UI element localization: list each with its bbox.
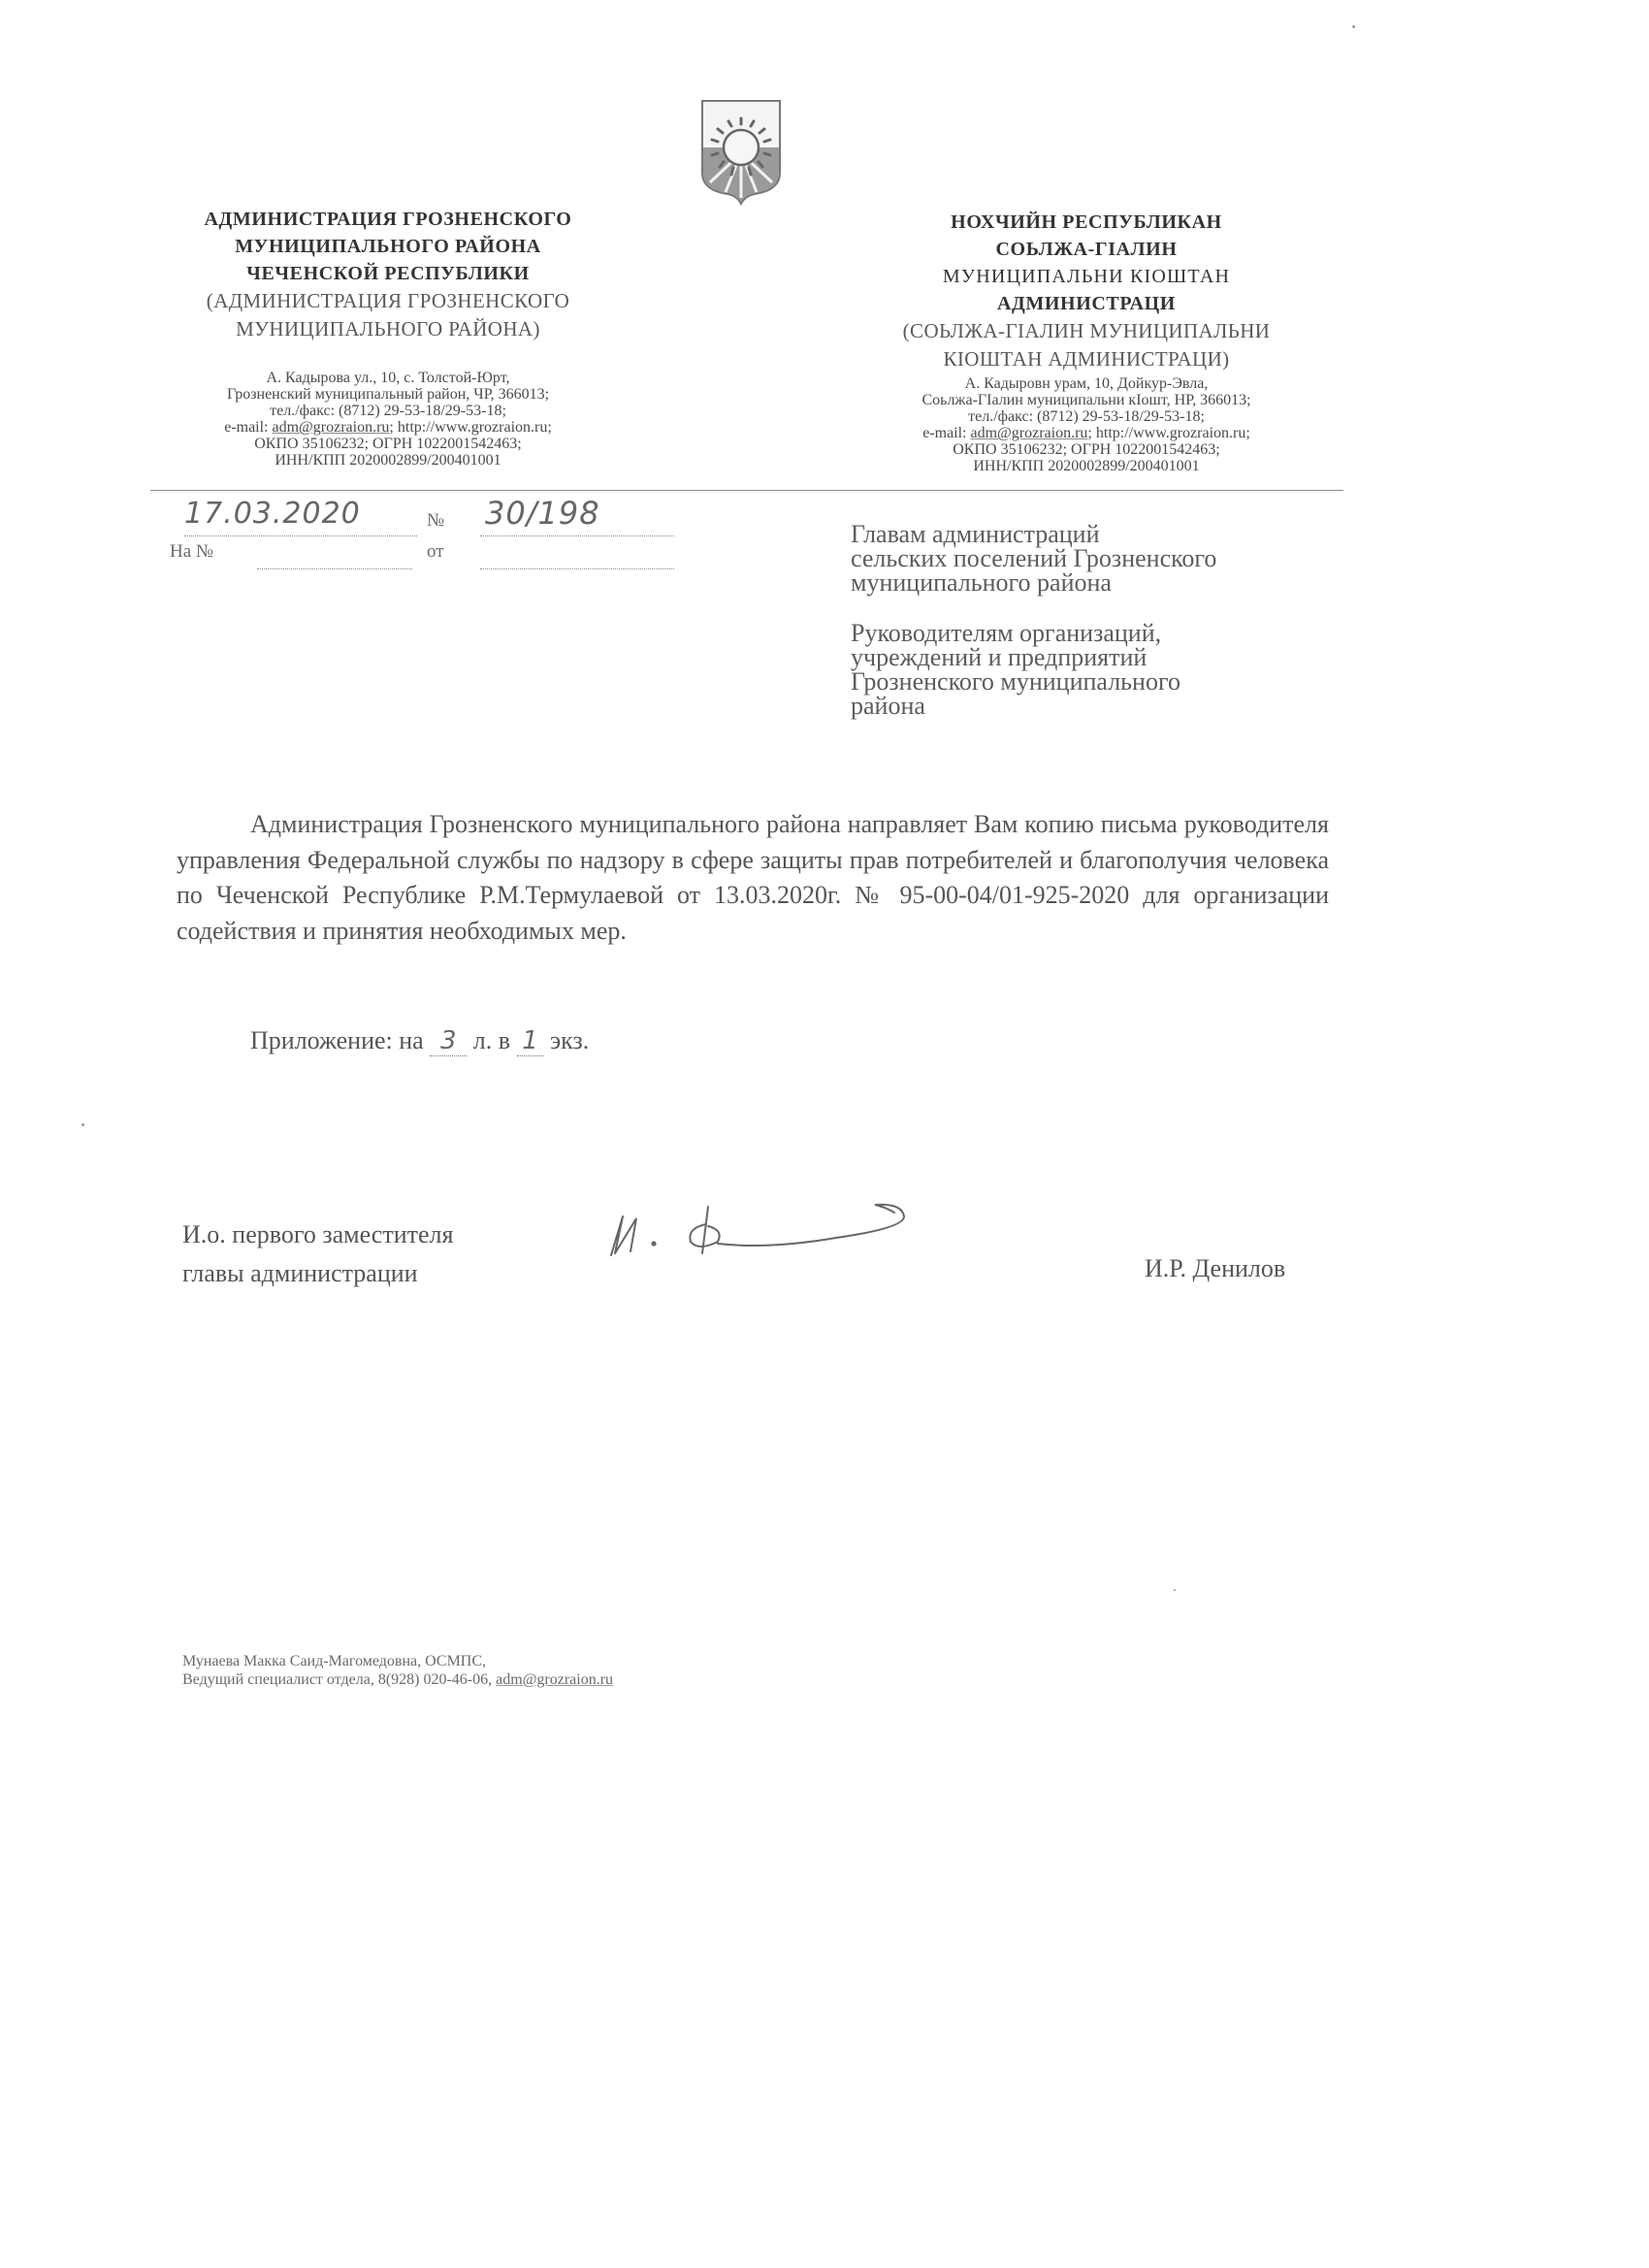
addressee-block: Главам администраций сельских поселений …	[851, 522, 1355, 718]
address-line: А. Кадырова ул., 10, с. Толстой-Юрт,	[145, 370, 630, 386]
addressee-line: Грозненского муниципального	[851, 669, 1355, 694]
org-short-name-line: КIОШТАН АДМИНИСТРАЦИ)	[844, 345, 1329, 373]
codes-line: ОКПО 35106232; ОГРН 1022001542463;	[844, 441, 1329, 458]
email-link[interactable]: adm@grozraion.ru	[971, 425, 1088, 441]
outgoing-number: 30/198	[485, 495, 600, 532]
position-line: И.о. первого заместителя	[182, 1215, 453, 1254]
address-line: тел./факс: (8712) 29-53-18/29-53-18;	[145, 403, 630, 419]
addressee-line: учреждений и предприятий	[851, 645, 1355, 669]
executor-phone: Ведущий специалист отдела, 8(928) 020-46…	[182, 1671, 496, 1688]
org-title-line: СОЬЛЖА-ГIАЛИН	[844, 236, 1329, 263]
addressee-heads-of-settlements: Главам администраций сельских поселений …	[851, 522, 1355, 595]
org-contact-block: А. Кадырова ул., 10, с. Толстой-Юрт, Гро…	[145, 370, 630, 469]
attachment-copies: 1	[517, 1026, 544, 1056]
from-field	[480, 568, 674, 569]
reply-to-label: На №	[170, 541, 213, 563]
attachment-sheets: 3	[430, 1026, 467, 1056]
org-title-line: МУНИЦИПАЛЬНИ КIОШТАН	[844, 263, 1329, 290]
signatory-name: И.Р. Денилов	[1145, 1254, 1285, 1283]
addressee-line: муниципального района	[851, 570, 1355, 595]
org-title-line: МУНИЦИПАЛЬНОГО РАЙОНА	[145, 233, 630, 260]
sender-header-chechen: НОХЧИЙН РЕСПУБЛИКАН СОЬЛЖА-ГIАЛИН МУНИЦИ…	[844, 209, 1329, 474]
executor-info: Мунаева Макка Саид-Магомедовна, ОСМПС, В…	[182, 1652, 613, 1689]
scan-speck	[1174, 1589, 1176, 1591]
org-title-line: ЧЕЧЕНСКОЙ РЕСПУБЛИКИ	[145, 260, 630, 287]
coat-of-arms-icon	[698, 97, 784, 206]
handwritten-signature-icon	[594, 1195, 962, 1263]
signatory-position: И.о. первого заместителя главы администр…	[182, 1215, 453, 1293]
codes-line: ИНН/КПП 2020002899/200401001	[844, 458, 1329, 474]
website-text: ; http://www.grozraion.ru;	[1087, 425, 1249, 441]
email-link[interactable]: adm@grozraion.ru	[273, 419, 390, 436]
attachment-label: Приложение: на	[250, 1026, 424, 1054]
outgoing-date: 17.03.2020	[184, 497, 361, 531]
addressee-line: района	[851, 694, 1355, 718]
addressee-heads-of-organizations: Руководителям организаций, учреждений и …	[851, 621, 1355, 718]
date-underline	[184, 535, 417, 536]
executor-email-link[interactable]: adm@grozraion.ru	[496, 1671, 613, 1688]
address-line: Грозненский муниципальный район, ЧР, 366…	[145, 386, 630, 403]
addressee-line: Руководителям организаций,	[851, 621, 1355, 645]
reply-to-field	[257, 568, 412, 569]
scan-speck	[1352, 25, 1355, 28]
number-label: №	[427, 510, 444, 532]
org-title-line: НОХЧИЙН РЕСПУБЛИКАН	[844, 209, 1329, 236]
attachment-text: экз.	[550, 1026, 589, 1054]
sender-header-russian: АДМИНИСТРАЦИЯ ГРОЗНЕНСКОГО МУНИЦИПАЛЬНОГ…	[145, 206, 630, 469]
position-line: главы администрации	[182, 1254, 453, 1293]
attachment-text: л. в	[473, 1026, 510, 1054]
org-title-line: АДМИНИСТРАЦИЯ ГРОЗНЕНСКОГО	[145, 206, 630, 233]
header-divider	[150, 490, 1343, 491]
address-line: тел./факс: (8712) 29-53-18/29-53-18;	[844, 408, 1329, 425]
email-label: e-mail:	[224, 419, 272, 436]
letter-body: Администрация Грозненского муниципальног…	[177, 807, 1329, 949]
website-text: ; http://www.grozraion.ru;	[389, 419, 551, 436]
org-title-line: АДМИНИСТРАЦИ	[844, 290, 1329, 317]
address-line: Соьлжа-ГIалин муниципальни кIошт, НР, 36…	[844, 392, 1329, 408]
org-short-name-line: (СОЬЛЖА-ГIАЛИН МУНИЦИПАЛЬНИ	[844, 317, 1329, 345]
email-line: e-mail: adm@grozraion.ru; http://www.gro…	[844, 425, 1329, 441]
addressee-line: Главам администраций	[851, 522, 1355, 546]
codes-line: ИНН/КПП 2020002899/200401001	[145, 452, 630, 469]
codes-line: ОКПО 35106232; ОГРН 1022001542463;	[145, 436, 630, 452]
addressee-line: сельских поселений Грозненского	[851, 546, 1355, 570]
email-label: e-mail:	[922, 425, 970, 441]
org-short-name-line: МУНИЦИПАЛЬНОГО РАЙОНА)	[145, 315, 630, 343]
number-underline	[480, 535, 674, 536]
address-line: А. Кадыровн урам, 10, Дойкур-Эвла,	[844, 375, 1329, 392]
scan-speck	[81, 1123, 84, 1126]
from-label: от	[427, 541, 444, 563]
body-paragraph: Администрация Грозненского муниципальног…	[177, 807, 1329, 949]
org-short-name-line: (АДМИНИСТРАЦИЯ ГРОЗНЕНСКОГО	[145, 287, 630, 315]
executor-name: Мунаева Макка Саид-Магомедовна, ОСМПС,	[182, 1652, 613, 1670]
email-line: e-mail: adm@grozraion.ru; http://www.gro…	[145, 419, 630, 436]
attachment-line: Приложение: на 3 л. в 1 экз.	[250, 1026, 589, 1056]
org-contact-block: А. Кадыровн урам, 10, Дойкур-Эвла, Соьлж…	[844, 375, 1329, 474]
executor-contact: Ведущий специалист отдела, 8(928) 020-46…	[182, 1670, 613, 1689]
